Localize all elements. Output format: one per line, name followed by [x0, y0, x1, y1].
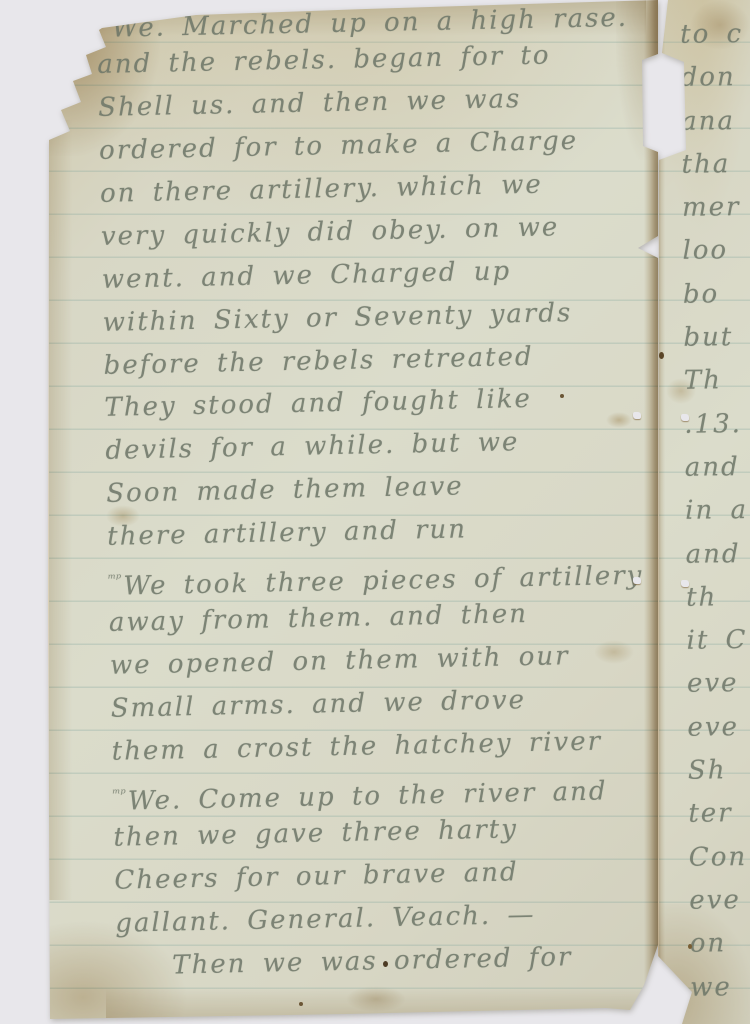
handwritten-fragment: tha [681, 143, 750, 187]
handwritten-fragment: Con [689, 836, 750, 880]
handwritten-fragment: ter [688, 792, 750, 836]
handwritten-fragment: it C [686, 619, 750, 663]
age-stain [346, 986, 406, 1012]
handwritten-fragment: Th [684, 359, 750, 403]
letter-page-right: to cdonanathamerloobobutTh.13.andin aand… [656, 0, 750, 1024]
age-stain [106, 988, 646, 1024]
handwritten-fragment: mer [682, 186, 750, 230]
flourish-mark: ᵐᵖ [112, 786, 125, 801]
handwritten-fragment: eve [689, 879, 750, 923]
handwritten-text-left: ᵐᵖWe. Marched up on a high rase.and the … [46, 0, 679, 989]
handwritten-fragment: eve [687, 706, 750, 750]
flourish-mark: ᵐᵖ [108, 572, 121, 587]
handwritten-fragment: on [690, 922, 750, 966]
handwritten-fragment: th [686, 576, 750, 620]
handwritten-fragment: Sh [688, 749, 750, 793]
handwritten-fragment: and [685, 533, 750, 577]
handwritten-fragment: bo [683, 273, 750, 317]
handwritten-text-right: to cdonanathamerloobobutTh.13.andin aand… [656, 13, 750, 1010]
letter-photo: ᵐᵖWe. Marched up on a high rase.and the … [0, 0, 750, 1024]
left-page-wrap: ᵐᵖWe. Marched up on a high rase.and the … [46, 0, 658, 1024]
handwritten-fragment: eve [687, 662, 750, 706]
handwritten-fragment: loo [682, 229, 750, 273]
handwritten-fragment: we [690, 965, 750, 1009]
letter-page-left: ᵐᵖWe. Marched up on a high rase.and the … [46, 0, 658, 1024]
handwritten-fragment: and [685, 446, 750, 490]
handwritten-fragment: don [680, 56, 750, 100]
handwritten-fragment: to c [680, 13, 750, 57]
handwritten-fragment: but [683, 316, 750, 360]
handwritten-fragment: ana [681, 100, 750, 144]
handwritten-fragment: in a [685, 489, 750, 533]
flourish-mark: ᵐᵖ [96, 14, 109, 29]
right-page-wrap: to cdonanathamerloobobutTh.13.andin aand… [656, 0, 750, 1024]
handwritten-fragment: .13. [684, 403, 750, 447]
